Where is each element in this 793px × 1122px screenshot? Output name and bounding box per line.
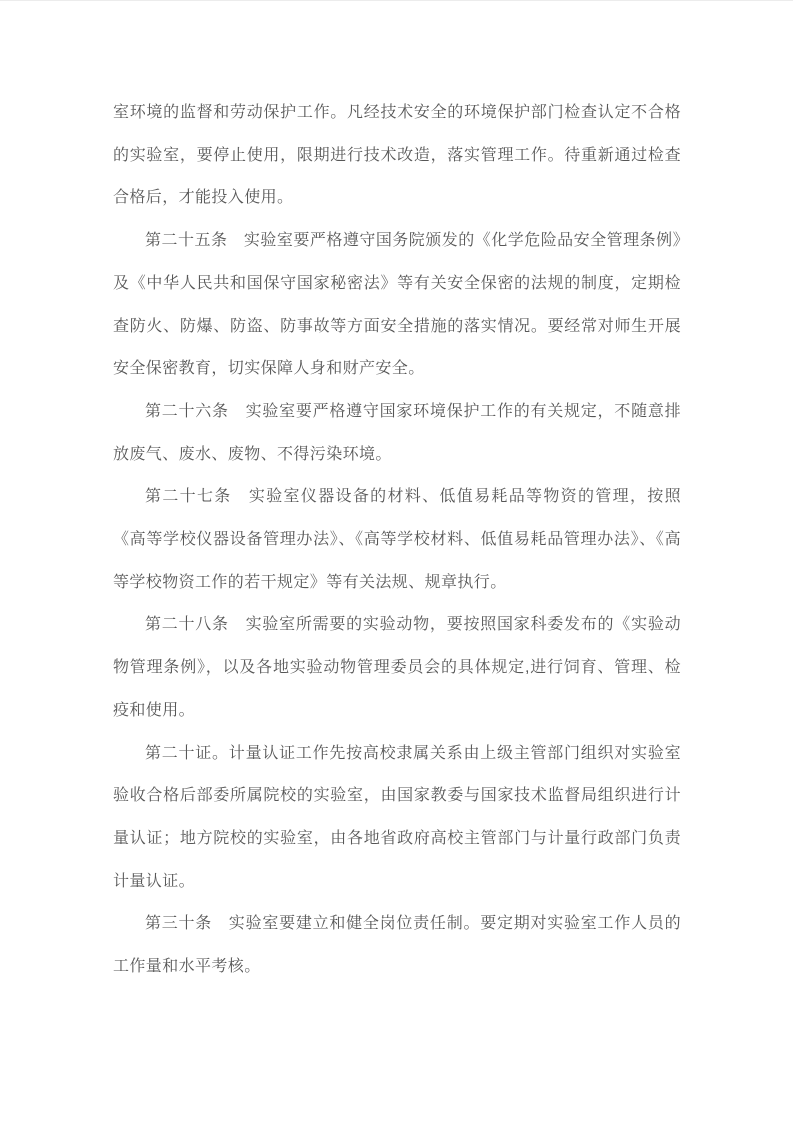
paragraph-3: 第二十六条 实验室要严格遵守国家环境保护工作的有关规定，不随意排放废气、废水、废… xyxy=(113,391,681,476)
paragraph-2: 第二十五条 实验室要严格遵守国务院颁发的《化学危险品安全管理条例》及《中华人民共… xyxy=(113,220,681,391)
document-page: 室环境的监督和劳动保护工作。凡经技术安全的环境保护部门检查认定不合格的实验室，要… xyxy=(0,0,793,1122)
paragraph-1: 室环境的监督和劳动保护工作。凡经技术安全的环境保护部门检查认定不合格的实验室，要… xyxy=(113,92,681,220)
paragraph-7: 第三十条 实验室要建立和健全岗位责任制。要定期对实验室工作人员的工作量和水平考核… xyxy=(113,903,681,988)
document-body: 室环境的监督和劳动保护工作。凡经技术安全的环境保护部门检查认定不合格的实验室，要… xyxy=(113,92,681,989)
paragraph-4: 第二十七条 实验室仪器设备的材料、低值易耗品等物资的管理，按照《高等学校仪器设备… xyxy=(113,476,681,604)
paragraph-6: 第二十证。计量认证工作先按高校隶属关系由上级主管部门组织对实验室验收合格后部委所… xyxy=(113,733,681,904)
paragraph-5: 第二十八条 实验室所需要的实验动物，要按照国家科委发布的《实验动物管理条例》，以… xyxy=(113,604,681,732)
